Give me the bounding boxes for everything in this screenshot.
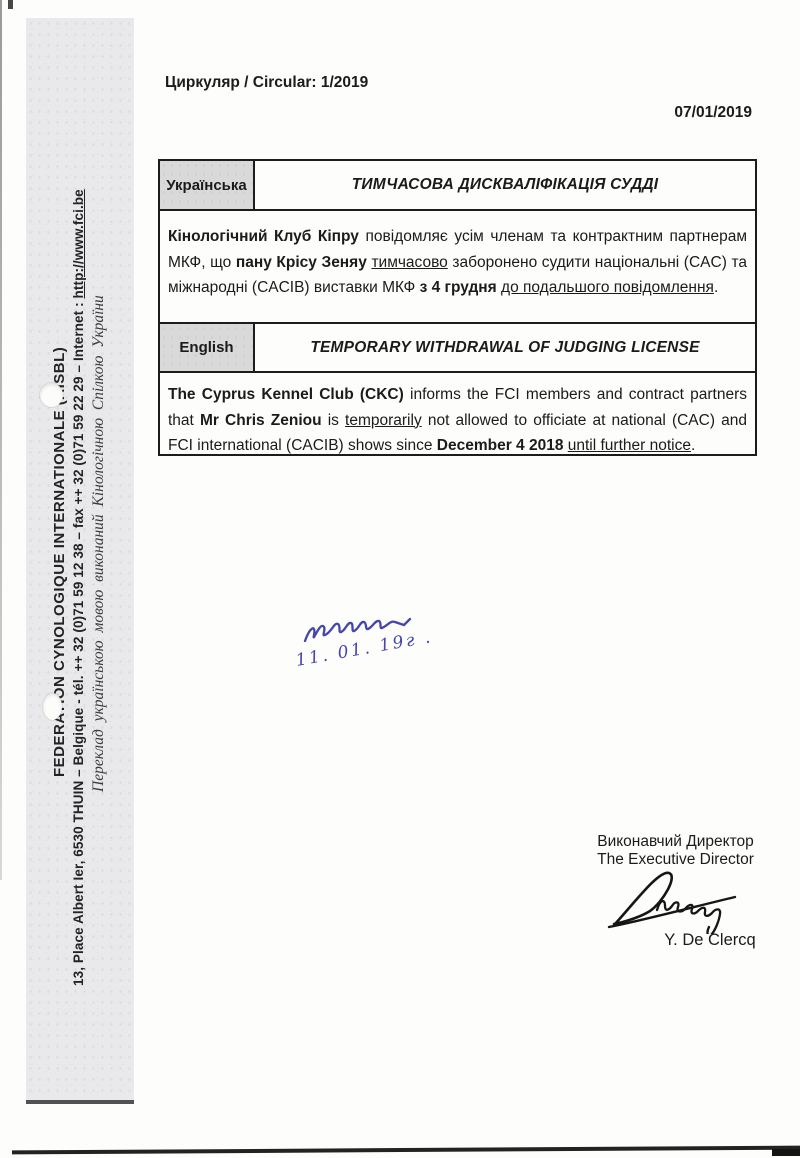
scan-artifact-corner-tick xyxy=(8,0,13,9)
letterhead-address: 13, Place Albert Ier, 6530 THUIN – Belgi… xyxy=(71,298,86,986)
notice-title-english: TEMPORARY WITHDRAWAL OF JUDGING LICENSE xyxy=(255,324,755,371)
scanned-document-page: FEDERATION CYNOLOGIQUE INTERNATIONALE (A… xyxy=(0,0,800,1158)
scan-edge-artifact-bottom xyxy=(12,1146,800,1154)
uk-start-date: з 4 грудня xyxy=(420,279,497,296)
signatory-name: Y. De Clercq xyxy=(630,931,790,950)
letterhead-org-name: FEDERATION CYNOLOGIQUE INTERNATIONALE (A… xyxy=(51,72,71,992)
hole-punch-bottom xyxy=(43,693,62,720)
notice-body-ukrainian: Кінологічний Клуб Кіпру повідомляє усім … xyxy=(160,211,755,324)
language-label-ukrainian: Українська xyxy=(160,161,255,209)
notice-body-english: The Cyprus Kennel Club (CKC) informs the… xyxy=(160,373,755,454)
english-header-row: English TEMPORARY WITHDRAWAL OF JUDGING … xyxy=(160,324,755,373)
signature-ink xyxy=(603,864,768,934)
handwritten-annotation: 11. 01. 19г . xyxy=(283,593,503,688)
uk-judge-name: пану Крісу Зеняу xyxy=(236,254,367,271)
signature-titles: Виконавчий Директор The Executive Direct… xyxy=(558,833,793,868)
scan-artifact-bottom-right xyxy=(772,1149,800,1156)
language-label-english: English xyxy=(160,324,255,371)
notice-title-ukrainian: ТИМЧАСОВА ДИСКВАЛІФІКАЦІЯ СУДДІ xyxy=(255,161,755,209)
hole-punch-top xyxy=(40,383,63,407)
en-start-date: December 4 2018 xyxy=(437,437,564,454)
letterhead-translation-note: Переклад українською мовою виконаний Кін… xyxy=(90,72,110,992)
circular-number: Циркуляр / Circular: 1/2019 xyxy=(165,74,368,92)
scan-edge-artifact-left xyxy=(0,0,2,880)
ukrainian-header-row: Українська ТИМЧАСОВА ДИСКВАЛІФІКАЦІЯ СУД… xyxy=(160,161,755,211)
director-title-ukrainian: Виконавчий Директор xyxy=(558,833,793,851)
letterhead-vertical-text: FEDERATION CYNOLOGIQUE INTERNATIONALE (A… xyxy=(51,72,110,992)
letterhead-address-line: 13, Place Albert Ier, 6530 THUIN – Belgi… xyxy=(71,72,90,992)
en-judge-name: Mr Chris Zeniou xyxy=(200,412,322,429)
notice-table: Українська ТИМЧАСОВА ДИСКВАЛІФІКАЦІЯ СУД… xyxy=(158,159,757,456)
uk-club-name: Кінологічний Клуб Кіпру xyxy=(168,228,359,245)
letterhead-website-link: http://www.fci.be xyxy=(71,189,86,298)
en-club-name: The Cyprus Kennel Club (CKC) xyxy=(168,386,404,403)
document-date: 07/01/2019 xyxy=(158,104,752,122)
